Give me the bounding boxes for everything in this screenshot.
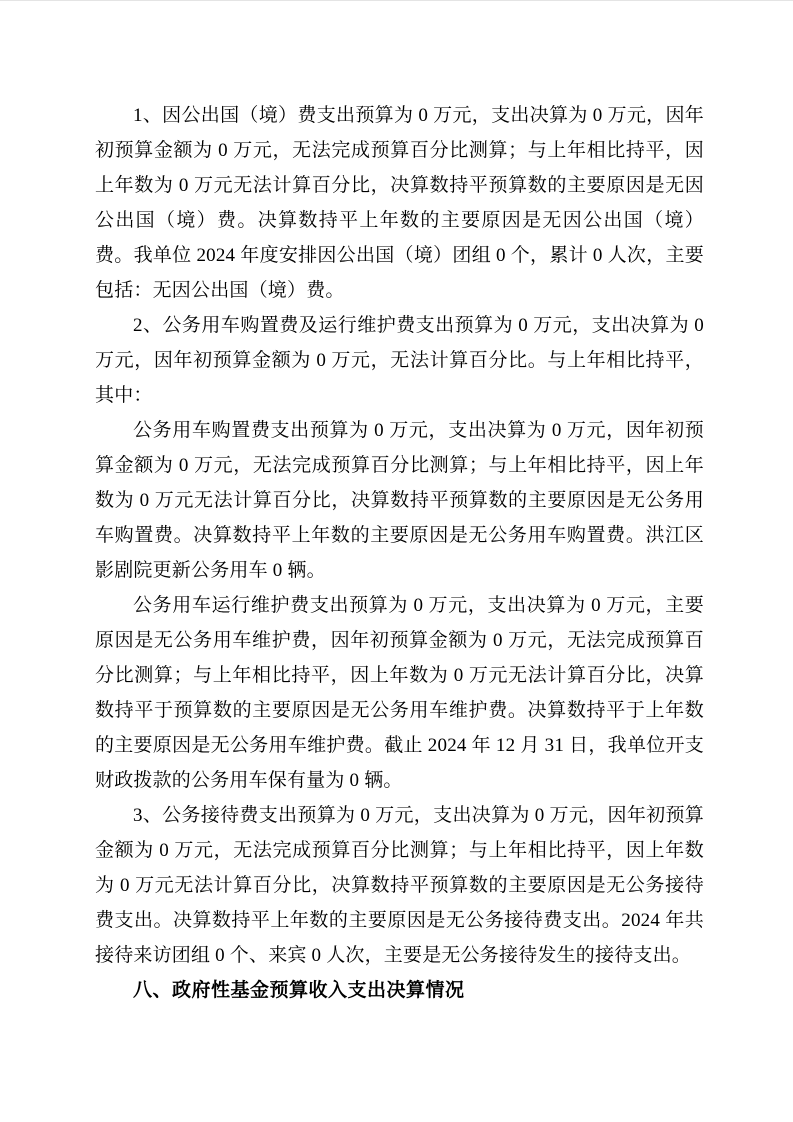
- document-page: 1、因公出国（境）费支出预算为 0 万元，支出决算为 0 万元，因年初预算金额为…: [0, 0, 793, 1122]
- body-paragraph: 2、公务用车购置费及运行维护费支出预算为 0 万元，支出决算为 0 万元，因年初…: [95, 308, 704, 413]
- body-paragraph: 3、公务接待费支出预算为 0 万元，支出决算为 0 万元，因年初预算金额为 0 …: [95, 798, 704, 973]
- body-paragraph: 1、因公出国（境）费支出预算为 0 万元，支出决算为 0 万元，因年初预算金额为…: [95, 98, 704, 308]
- section-heading: 八、政府性基金预算收入支出决算情况: [95, 973, 704, 1008]
- body-paragraph: 公务用车运行维护费支出预算为 0 万元，支出决算为 0 万元，主要原因是无公务用…: [95, 588, 704, 798]
- document-body: 1、因公出国（境）费支出预算为 0 万元，支出决算为 0 万元，因年初预算金额为…: [95, 98, 704, 1008]
- body-paragraph: 公务用车购置费支出预算为 0 万元，支出决算为 0 万元，因年初预算金额为 0 …: [95, 413, 704, 588]
